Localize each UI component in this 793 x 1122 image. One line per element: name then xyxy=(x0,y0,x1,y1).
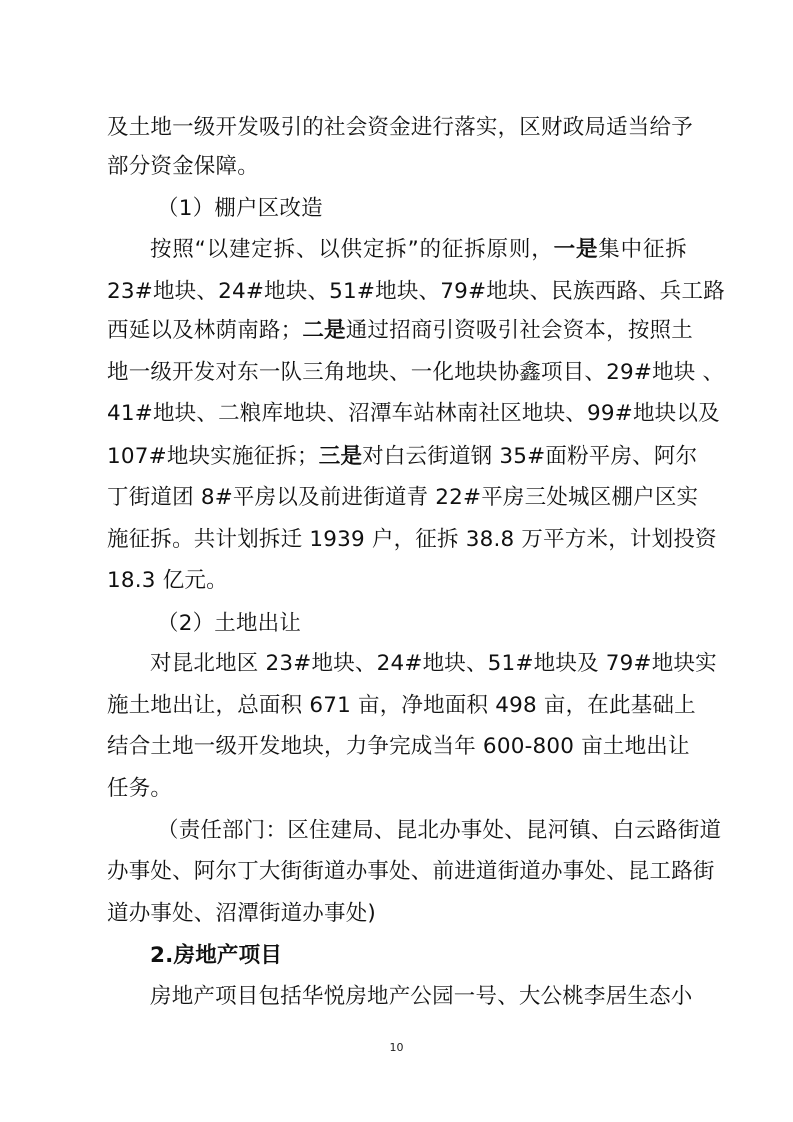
paragraph-line: 按照“以建定拆、以供定拆”的征拆原则，一是集中征拆 xyxy=(150,236,687,264)
paragraph-line: 地一级开发对东一队三角地块、一化地块协鑫项目、29#地块 、 xyxy=(107,359,687,387)
page-number: 10 xyxy=(0,1041,793,1054)
paragraph-line: 任务。 xyxy=(107,775,687,803)
paragraph-line: 施土地出让，总面积 671 亩，净地面积 498 亩，在此基础上 xyxy=(107,692,687,720)
paragraph-line: 对昆北地区 23#地块、24#地块、51#地块及 79#地块实 xyxy=(150,650,687,678)
paragraph-line: 结合土地一级开发地块，力争完成当年 600-800 亩土地出让 xyxy=(107,733,687,761)
subsection-heading-shantytown: （1）棚户区改造 xyxy=(157,195,737,223)
responsible-departments-line: 办事处、阿尔丁大街街道办事处、前进道街道办事处、昆工路街 xyxy=(107,858,687,886)
paragraph-line: 房地产项目包括华悦房地产公园一号、大公桃李居生态小 xyxy=(150,983,687,1011)
responsible-departments-line: （责任部门：区住建局、昆北办事处、昆河镇、白云路街道 xyxy=(157,817,687,845)
paragraph-line: 丁街道团 8#平房以及前进街道青 22#平房三处城区棚户区实 xyxy=(107,484,687,512)
paragraph-line: 23#地块、24#地块、51#地块、79#地块、民族西路、兵工路 xyxy=(107,278,687,306)
paragraph-line: 西延以及林荫南路；二是通过招商引资吸引社会资本，按照土 xyxy=(107,317,687,345)
paragraph-line: 107#地块实施征拆；三是对白云街道钢 35#面粉平房、阿尔 xyxy=(107,443,687,471)
section-heading-real-estate: 2.房地产项目 xyxy=(150,942,730,970)
paragraph-line: 施征拆。共计划拆迁 1939 户，征拆 38.8 万平方米，计划投资 xyxy=(107,526,687,554)
subsection-heading-land-transfer: （2）土地出让 xyxy=(157,610,737,638)
bold-emphasis: 一是 xyxy=(554,237,599,262)
paragraph-line: 41#地块、二粮库地块、沼潭车站林南社区地块、99#地块以及 xyxy=(107,400,687,428)
bold-emphasis: 三是 xyxy=(319,444,362,469)
responsible-departments-line: 道办事处、沼潭街道办事处) xyxy=(107,900,687,928)
paragraph-line: 部分资金保障。 xyxy=(107,153,687,181)
document-page: 及土地一级开发吸引的社会资金进行落实，区财政局适当给予 部分资金保障。 （1）棚… xyxy=(0,0,793,1122)
paragraph-line: 及土地一级开发吸引的社会资金进行落实，区财政局适当给予 xyxy=(107,114,687,142)
bold-emphasis: 二是 xyxy=(302,318,345,343)
paragraph-line: 18.3 亿元。 xyxy=(107,567,687,595)
